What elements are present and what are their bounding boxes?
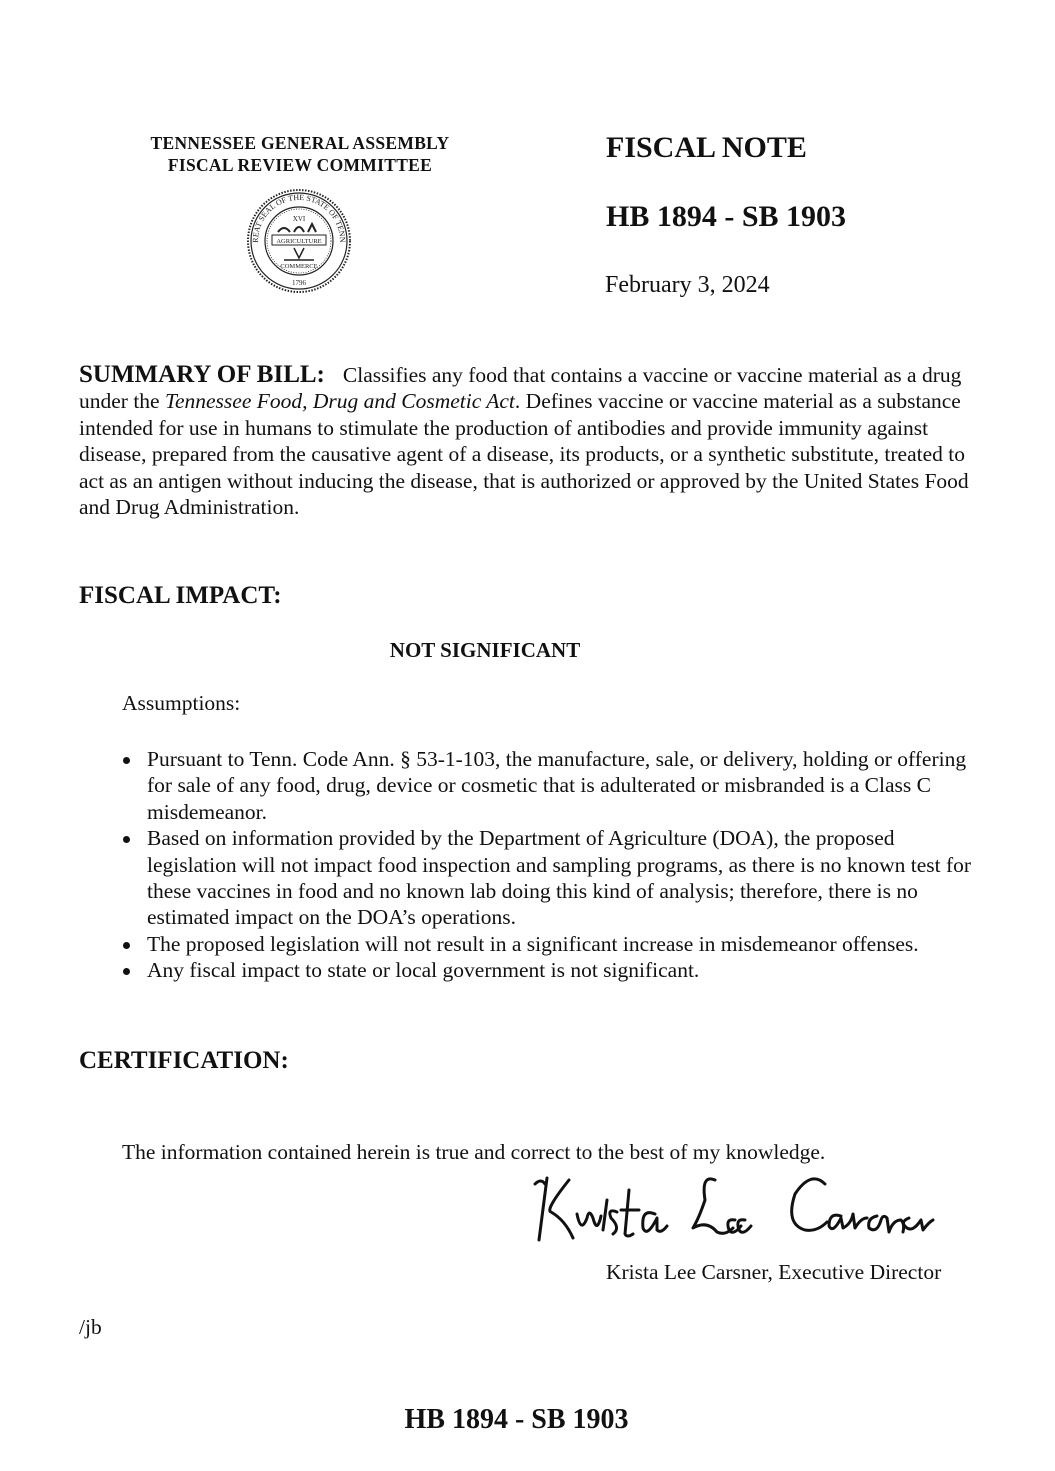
- bill-number: HB 1894 - SB 1903: [606, 200, 846, 234]
- fiscal-impact-result: NOT SIGNIFICANT: [0, 638, 970, 663]
- bullet-icon: [123, 968, 130, 975]
- certification-heading: CERTIFICATION:: [79, 1047, 289, 1075]
- committee-header: TENNESSEE GENERAL ASSEMBLY FISCAL REVIEW…: [80, 132, 520, 176]
- assumption-item: The proposed legislation will not result…: [122, 931, 972, 957]
- summary-of-bill: SUMMARY OF BILL:Classifies any food that…: [79, 362, 979, 520]
- footer-bill-number: HB 1894 - SB 1903: [0, 1404, 1033, 1436]
- bullet-icon: [123, 942, 130, 949]
- assumption-item: Any fiscal impact to state or local gove…: [122, 957, 972, 983]
- signer-name-title: Krista Lee Carsner, Executive Director: [606, 1260, 941, 1285]
- org-line-2: FISCAL REVIEW COMMITTEE: [80, 154, 520, 176]
- state-seal-icon: THE GREAT SEAL OF THE STATE OF TENNESSEE…: [246, 188, 352, 294]
- document-type-title: FISCAL NOTE: [606, 131, 807, 165]
- svg-text:1796: 1796: [292, 279, 307, 287]
- bullet-icon: [123, 757, 130, 764]
- svg-text:AGRICULTURE: AGRICULTURE: [276, 238, 321, 245]
- bullet-icon: [123, 836, 130, 843]
- typist-initials: /jb: [79, 1315, 102, 1340]
- signature-icon: [525, 1170, 965, 1250]
- fiscal-impact-heading: FISCAL IMPACT:: [79, 582, 282, 610]
- document-date: February 3, 2024: [605, 272, 770, 299]
- summary-heading: SUMMARY OF BILL:: [79, 361, 325, 388]
- svg-text:XVI: XVI: [293, 215, 306, 223]
- assumption-item: Based on information provided by the Dep…: [122, 825, 972, 931]
- act-name: Tennessee Food, Drug and Cosmetic Act: [165, 389, 515, 413]
- assumptions-label: Assumptions:: [122, 691, 240, 716]
- svg-text:COMMERCE: COMMERCE: [280, 263, 317, 270]
- certification-statement: The information contained herein is true…: [122, 1140, 825, 1165]
- org-line-1: TENNESSEE GENERAL ASSEMBLY: [80, 132, 520, 154]
- assumptions-list: Pursuant to Tenn. Code Ann. § 53-1-103, …: [122, 746, 972, 984]
- assumption-item: Pursuant to Tenn. Code Ann. § 53-1-103, …: [122, 746, 972, 825]
